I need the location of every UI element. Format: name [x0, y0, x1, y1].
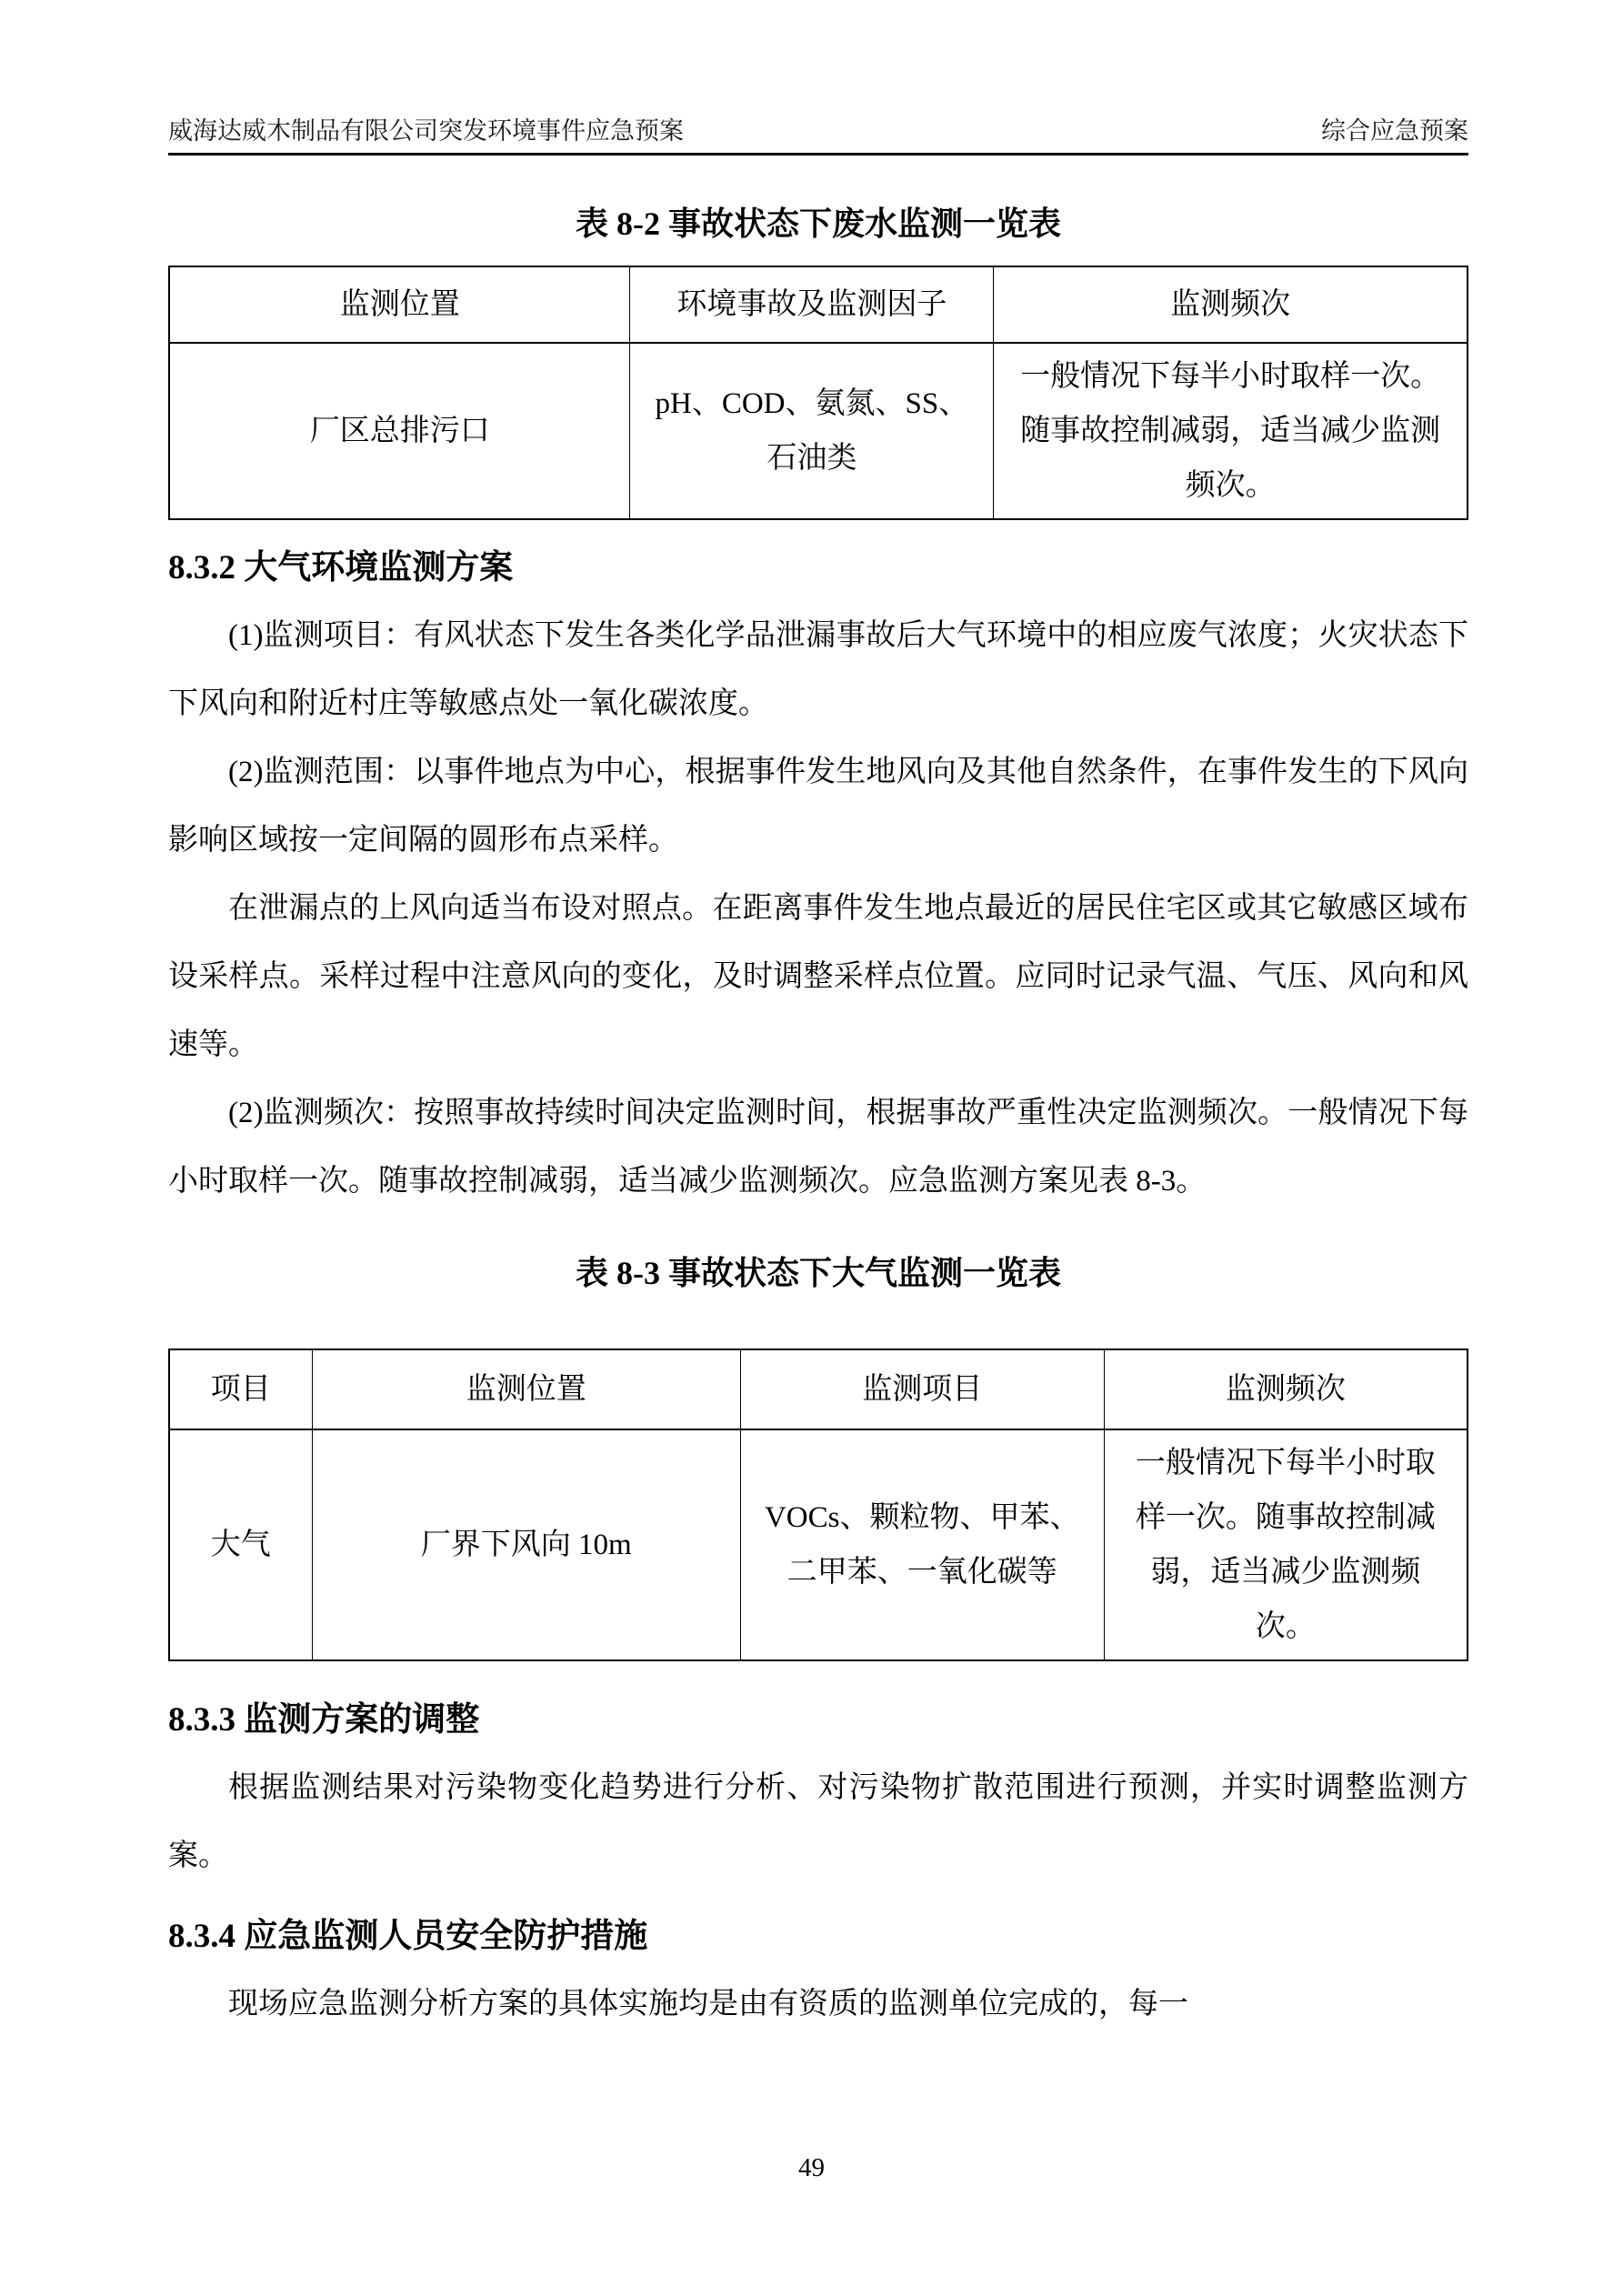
- column-header-item: 项目: [169, 1349, 312, 1429]
- header-right-title: 综合应急预案: [1321, 116, 1468, 145]
- paragraph-monitor-frequency: (2)监测频次：按照事故持续时间决定监测时间，根据事故严重性决定监测频次。一般情…: [168, 1079, 1468, 1216]
- column-header-monitor-location: 监测位置: [312, 1349, 740, 1429]
- document-page: 威海达威木制品有限公司突发环境事件应急预案 综合应急预案 表 8-2 事故状态下…: [0, 0, 1623, 2296]
- column-header-monitor-location: 监测位置: [169, 266, 630, 343]
- section-heading-8-3-2: 8.3.2 大气环境监测方案: [168, 547, 1468, 589]
- table-8-3-header-row: 项目 监测位置 监测项目 监测频次: [169, 1349, 1468, 1429]
- paragraph-plan-adjustment: 根据监测结果对污染物变化趋势进行分析、对污染物扩散范围进行预测，并实时调整监测方…: [168, 1754, 1468, 1890]
- table-8-2-title: 表 8-2 事故状态下废水监测一览表: [168, 203, 1468, 245]
- table-8-2: 监测位置 环境事故及监测因子 监测频次 厂区总排污口 pH、COD、氨氮、SS、…: [168, 266, 1468, 520]
- cell-item-air: 大气: [169, 1429, 312, 1660]
- column-header-frequency: 监测频次: [994, 266, 1468, 343]
- paragraph-sampling-points: 在泄漏点的上风向适当布设对照点。在距离事件发生地点最近的居民住宅区或其它敏感区域…: [168, 875, 1468, 1079]
- table-8-2-header-row: 监测位置 环境事故及监测因子 监测频次: [169, 266, 1468, 343]
- cell-monitor-location: 厂区总排污口: [169, 343, 630, 519]
- paragraph-monitor-items: (1)监测项目：有风状态下发生各类化学品泄漏事故后大气环境中的相应废气浓度；火灾…: [168, 602, 1468, 738]
- column-header-frequency: 监测频次: [1104, 1349, 1468, 1429]
- column-header-monitor-items: 监测项目: [740, 1349, 1104, 1429]
- paragraph-monitor-range: (2)监测范围：以事件地点为中心，根据事件发生地风向及其他自然条件，在事件发生的…: [168, 738, 1468, 875]
- table-8-3-data-row: 大气 厂界下风向 10m VOCs、颗粒物、甲苯、二甲苯、一氧化碳等 一般情况下…: [169, 1429, 1468, 1660]
- section-heading-8-3-3: 8.3.3 监测方案的调整: [168, 1699, 1468, 1741]
- column-header-accident-factors: 环境事故及监测因子: [630, 266, 994, 343]
- page-header: 威海达威木制品有限公司突发环境事件应急预案 综合应急预案: [168, 116, 1468, 145]
- page-content: 表 8-2 事故状态下废水监测一览表 监测位置 环境事故及监测因子 监测频次 厂…: [168, 203, 1468, 2039]
- section-heading-8-3-4: 8.3.4 应急监测人员安全防护措施: [168, 1916, 1468, 1958]
- header-rule: [168, 153, 1468, 155]
- cell-location-downwind: 厂界下风向 10m: [312, 1429, 740, 1660]
- cell-monitor-items: VOCs、颗粒物、甲苯、二甲苯、一氧化碳等: [740, 1429, 1104, 1660]
- table-8-2-data-row: 厂区总排污口 pH、COD、氨氮、SS、石油类 一般情况下每半小时取样一次。随事…: [169, 343, 1468, 519]
- page-number: 49: [0, 2153, 1623, 2183]
- table-8-3: 项目 监测位置 监测项目 监测频次 大气 厂界下风向 10m VOCs、颗粒物、…: [168, 1349, 1468, 1661]
- header-left-title: 威海达威木制品有限公司突发环境事件应急预案: [168, 116, 684, 145]
- cell-frequency: 一般情况下每半小时取样一次。随事故控制减弱，适当减少监测频次。: [1104, 1429, 1468, 1660]
- table-8-3-title: 表 8-3 事故状态下大气监测一览表: [168, 1252, 1468, 1294]
- cell-frequency: 一般情况下每半小时取样一次。随事故控制减弱，适当减少监测频次。: [994, 343, 1468, 519]
- cell-accident-factors: pH、COD、氨氮、SS、石油类: [630, 343, 994, 519]
- paragraph-personnel-protection: 现场应急监测分析方案的具体实施均是由有资质的监测单位完成的，每一: [168, 1970, 1468, 2039]
